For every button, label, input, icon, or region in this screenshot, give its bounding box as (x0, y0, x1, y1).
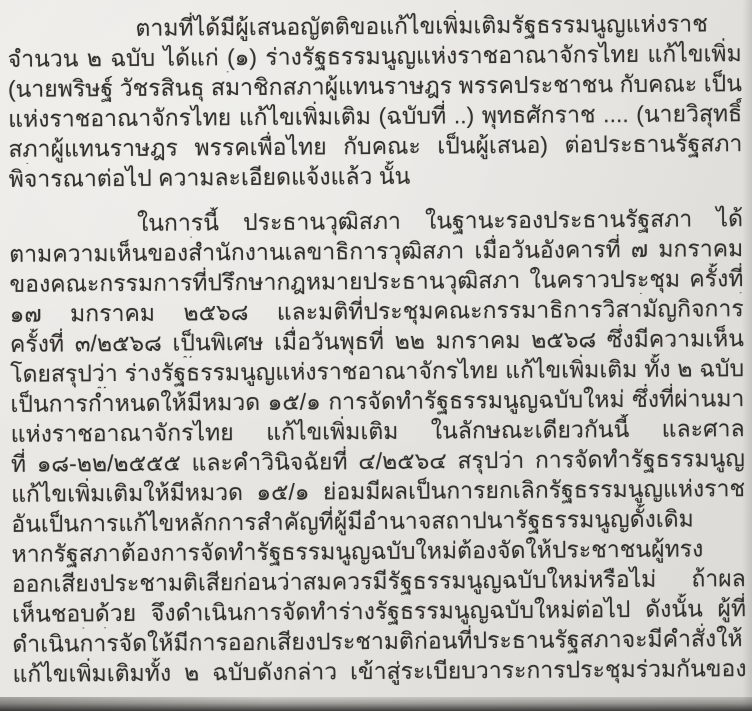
text-line: แก้ไขเพิ่มเติมทั้ง ๒ ฉบับดังกล่าว เข้าสู… (12, 653, 746, 689)
scanned-page: ตามที่ได้มีผู้เสนอญัตติขอแก้ไขเพิ่มเติมร… (0, 0, 752, 711)
paragraph-1: ตามที่ได้มีผู้เสนอญัตติขอแก้ไขเพิ่มเติมร… (7, 8, 742, 194)
document-text-block: ตามที่ได้มีผู้เสนอญัตติขอแก้ไขเพิ่มเติมร… (7, 8, 746, 689)
paragraph-2: ในการนี้ ประธานวุฒิสภา ในฐานะรองประธานรั… (9, 203, 747, 689)
text-line: สภาผู้แทนราษฎร พรรคเพื่อไทย กับคณะ เป็นผ… (8, 128, 742, 164)
scan-edge-shadow-bottom (0, 697, 752, 711)
text-line: พิจารณาต่อไป ความละเอียดแจ้งแล้ว นั้น (9, 158, 743, 194)
